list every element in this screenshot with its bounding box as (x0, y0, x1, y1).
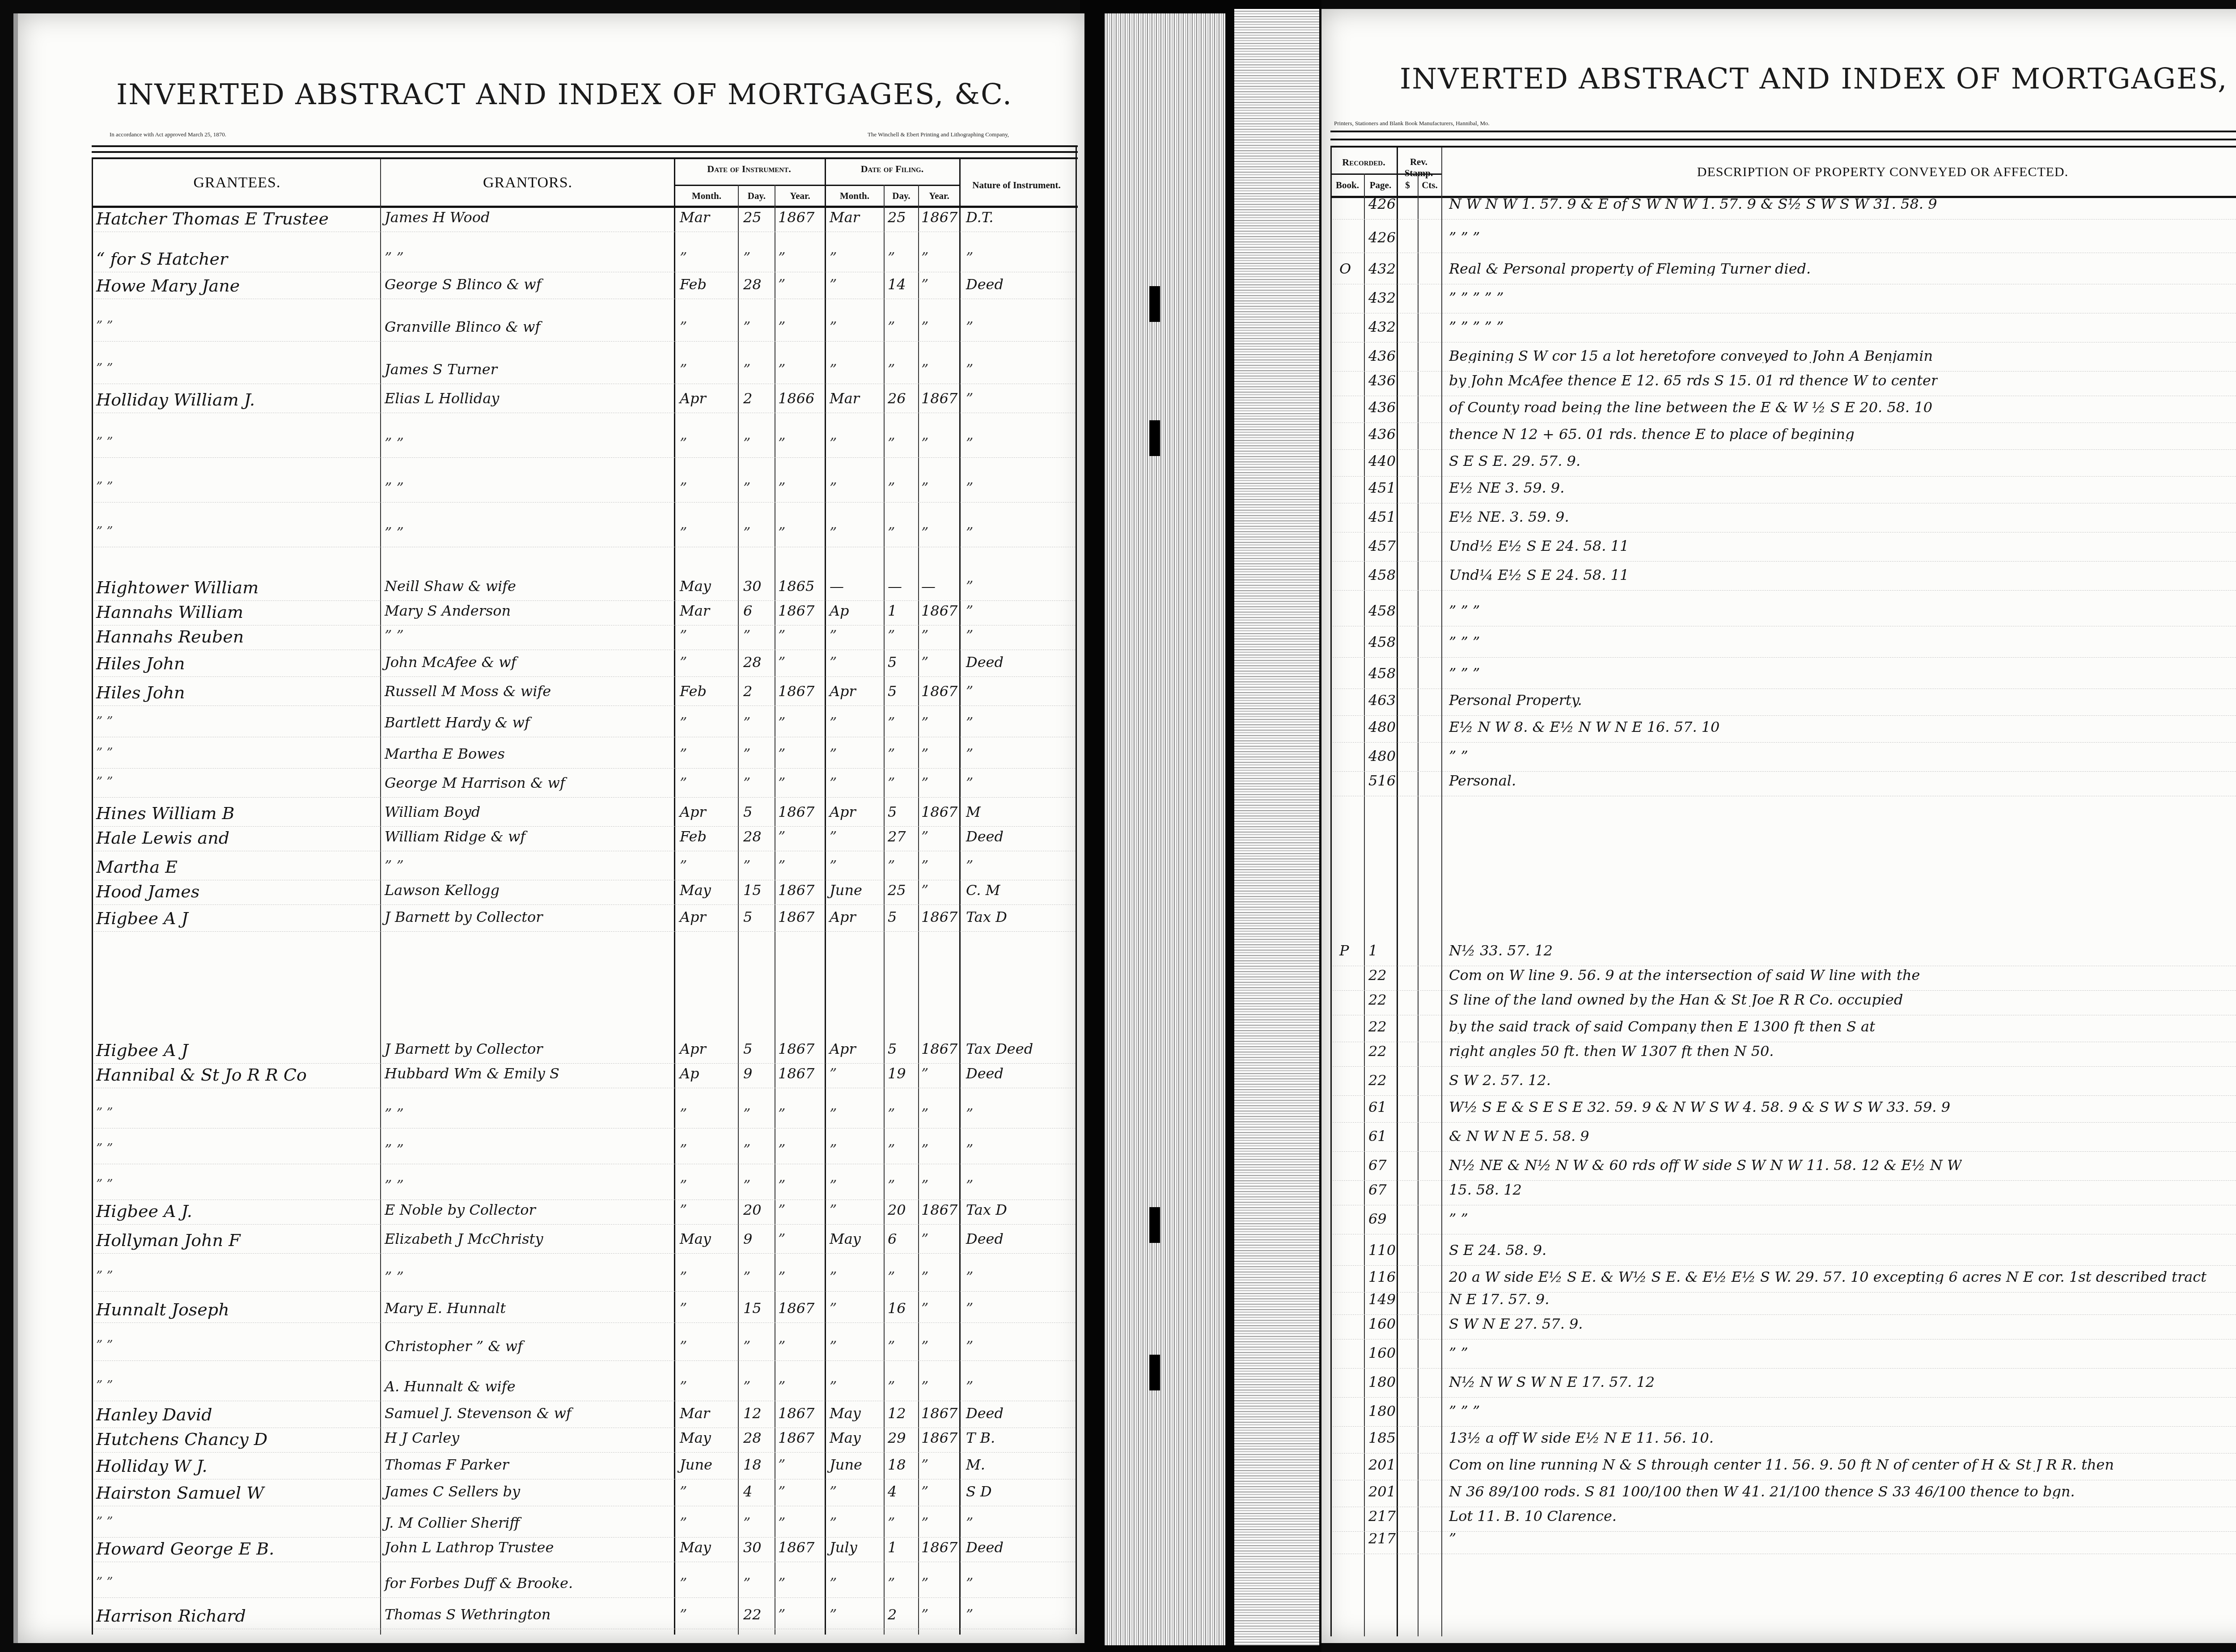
filing-year-cell: ” (921, 1458, 928, 1472)
filing-day-cell: 5 (888, 805, 897, 819)
grantor-cell: ” ” (385, 628, 404, 642)
row-rule (94, 1428, 1076, 1428)
grantor-cell: Bartlett Hardy & wf (385, 715, 530, 730)
row-rule (1333, 253, 2236, 254)
description-cell: ” ” ” (1449, 604, 1480, 618)
grantee-cell: ” ” (96, 1270, 113, 1282)
grantor-cell: Hubbard Wm & Emily S (385, 1066, 559, 1081)
filing-day-cell: ” (888, 1270, 895, 1284)
instrument-year-cell: 1867 (778, 1540, 814, 1555)
filing-year-cell: ” (921, 250, 928, 265)
filing-day-cell: ” (888, 1178, 895, 1192)
instrument-month-cell: ” (680, 1270, 687, 1284)
instrument-day-cell: ” (743, 1107, 750, 1121)
column-divider (1076, 145, 1077, 1634)
page-cell: 22 (1368, 1019, 1387, 1034)
filing-month-cell: ” (830, 525, 837, 540)
instrument-year-cell: ” (778, 715, 785, 730)
filing-day-cell: ” (888, 1379, 895, 1394)
description-cell: N W N W 1. 57. 9 & E of S W N W 1. 57. 9… (1449, 197, 1937, 211)
page-edges-left (1105, 13, 1225, 1645)
row-rule (1333, 313, 2236, 314)
nature-cell: Deed (966, 1406, 1004, 1420)
column-divider (825, 159, 826, 1635)
filing-year-cell: ” (921, 858, 928, 873)
header-rule (1330, 146, 2236, 148)
filing-month-cell: May (830, 1232, 861, 1246)
grantor-cell: James S Turner (385, 362, 497, 376)
instrument-day-cell: 5 (743, 910, 752, 924)
row-rule (1333, 990, 2236, 991)
instrument-month-cell: Mar (680, 1406, 710, 1420)
imprint-printer: The Winchell & Ebert Printing and Lithog… (868, 131, 1009, 138)
instrument-day-cell: ” (743, 1339, 750, 1353)
grantee-cell: Hunnalt Joseph (96, 1301, 229, 1318)
nature-cell: D.T. (966, 210, 994, 224)
grantee-cell: ” ” (96, 1379, 113, 1392)
filing-month-cell: ” (830, 1301, 837, 1315)
description-cell: ” ” (1449, 749, 1468, 763)
binding-tab (1149, 286, 1160, 322)
instrument-month-cell: ” (680, 776, 687, 790)
filing-month-cell: ” (830, 1178, 837, 1192)
filing-month-cell: Apr (830, 684, 856, 698)
row-rule (1333, 590, 2236, 591)
filing-year-cell: 1867 (921, 391, 957, 406)
row-rule (94, 1537, 1076, 1538)
row-rule (94, 676, 1076, 677)
column-divider (1330, 148, 1332, 1636)
col-header-dollars: $ (1397, 180, 1418, 191)
grantor-cell: George M Harrison & wf (385, 776, 565, 790)
nature-cell: ” (966, 1379, 973, 1394)
grantee-cell: Hollyman John F (96, 1232, 241, 1249)
description-cell: ” ” ” (1449, 635, 1480, 649)
filing-month-cell: Apr (830, 910, 856, 924)
instrument-month-cell: ” (680, 1484, 687, 1499)
row-rule (94, 1506, 1076, 1507)
filing-day-cell: 2 (888, 1607, 897, 1622)
instrument-day-cell: ” (743, 1379, 750, 1394)
instrument-day-cell: ” (743, 858, 750, 873)
filing-day-cell: 18 (888, 1458, 906, 1472)
filing-day-cell: 25 (888, 210, 906, 224)
description-cell: by John McAfee thence E 12. 65 rds S 15.… (1449, 373, 1938, 388)
row-rule (1333, 771, 2236, 772)
page-cell: 217 (1368, 1531, 1396, 1546)
row-rule (94, 737, 1076, 738)
nature-cell: ” (966, 1270, 973, 1284)
filing-month-cell: ” (830, 1107, 837, 1121)
nature-cell: ” (966, 1142, 973, 1157)
grantee-cell: Higbee A J (96, 910, 188, 927)
instrument-month-cell: Mar (680, 210, 710, 224)
book-cell: O (1339, 262, 1351, 276)
col-header-grantors: GRANTORS. (382, 174, 673, 191)
column-divider (92, 159, 93, 1635)
instrument-year-cell: 1865 (778, 579, 814, 593)
page-cell: 432 (1368, 262, 1396, 276)
instrument-day-cell: 18 (743, 1458, 762, 1472)
row-rule (94, 232, 1076, 232)
nature-cell: ” (966, 604, 973, 618)
page-cell: 61 (1368, 1100, 1387, 1114)
col-header-cents: Cts. (1419, 180, 1441, 191)
nature-cell: ” (966, 1607, 973, 1622)
instrument-day-cell: 28 (743, 1431, 762, 1445)
filing-month-cell: ” (830, 1576, 837, 1590)
header-rule (1330, 131, 2236, 132)
grantor-cell: John L Lathrop Trustee (385, 1540, 554, 1555)
row-rule (1333, 715, 2236, 716)
filing-year-cell: ” (921, 277, 928, 292)
column-divider (959, 159, 961, 1635)
filing-day-cell: 1 (888, 604, 897, 618)
filing-day-cell: ” (888, 1576, 895, 1590)
left-ledger-page: INVERTED ABSTRACT AND INDEX OF MORTGAGES… (13, 13, 1084, 1643)
instrument-year-cell: ” (778, 1379, 785, 1394)
instrument-day-cell: 28 (743, 277, 762, 292)
instrument-day-cell: 5 (743, 1042, 752, 1056)
filing-year-cell: ” (921, 436, 928, 450)
instrument-day-cell: 28 (743, 829, 762, 844)
nature-cell: Tax D (966, 910, 1007, 924)
instrument-day-cell: 25 (743, 210, 762, 224)
instrument-year-cell: ” (778, 1142, 785, 1157)
filing-year-cell: ” (921, 1232, 928, 1246)
grantor-cell: J. M Collier Sheriff (385, 1516, 520, 1530)
instrument-day-cell: 2 (743, 684, 752, 698)
filing-year-cell: ” (921, 320, 928, 334)
filing-day-cell: 1 (888, 1540, 897, 1555)
description-cell: ” ” ” ” ” (1449, 320, 1503, 334)
filing-day-cell: 19 (888, 1066, 906, 1081)
description-cell: N E 17. 57. 9. (1449, 1292, 1549, 1306)
instrument-month-cell: ” (680, 1142, 687, 1157)
filing-year-cell: ” (921, 1142, 928, 1157)
grantee-cell: Martha E (96, 858, 178, 875)
instrument-day-cell: 5 (743, 805, 752, 819)
row-rule (94, 904, 1076, 905)
instrument-month-cell: May (680, 1232, 711, 1246)
page-cell: 217 (1368, 1509, 1396, 1523)
instrument-year-cell: ” (778, 1607, 785, 1622)
instrument-day-cell: ” (743, 320, 750, 334)
grantor-cell: Russell M Moss & wife (385, 684, 551, 698)
col-header-date-filing: Date of Filing. (825, 163, 959, 175)
description-cell: Real & Personal property of Fleming Turn… (1449, 262, 1811, 276)
instrument-year-cell: 1867 (778, 805, 814, 819)
instrument-month-cell: ” (680, 436, 687, 450)
instrument-year-cell: ” (778, 858, 785, 873)
filing-day-cell: ” (888, 525, 895, 540)
row-rule (94, 600, 1076, 601)
grantee-cell: Hiles John (96, 655, 185, 672)
filing-day-cell: ” (888, 715, 895, 730)
row-rule (1333, 1426, 2236, 1427)
row-rule (94, 1629, 1076, 1630)
filing-month-cell: Apr (830, 1042, 856, 1056)
nature-cell: Tax D (966, 1203, 1007, 1217)
nature-cell: ” (966, 1516, 973, 1530)
nature-cell: S D (966, 1484, 992, 1499)
grantee-cell: Howe Mary Jane (96, 277, 240, 294)
nature-cell: ” (966, 1576, 973, 1590)
description-cell: 13½ a off W side E½ N E 11. 56. 10. (1449, 1431, 1714, 1445)
grantee-cell: Hannibal & St Jo R R Co (96, 1066, 307, 1083)
instrument-day-cell: ” (743, 1576, 750, 1590)
instrument-year-cell: 1866 (778, 391, 814, 406)
nature-cell: ” (966, 715, 973, 730)
grantee-cell: Holliday W J. (96, 1458, 208, 1475)
row-rule (94, 502, 1076, 503)
row-rule (94, 1088, 1076, 1089)
row-rule (1333, 1151, 2236, 1152)
instrument-month-cell: ” (680, 1339, 687, 1353)
instrument-month-cell: ” (680, 715, 687, 730)
grantor-cell: Elizabeth J McChristy (385, 1232, 543, 1246)
page-title: INVERTED ABSTRACT AND INDEX OF MORTGAGES… (1400, 63, 2236, 96)
instrument-day-cell: ” (743, 1178, 750, 1192)
imprint-printer: Printers, Stationers and Blank Book Manu… (1334, 120, 1490, 127)
description-cell: by the said track of said Company then E… (1449, 1019, 1875, 1034)
filing-day-cell: ” (888, 776, 895, 790)
grantee-cell: ” ” (96, 747, 113, 759)
filing-year-cell: ” (921, 715, 928, 730)
filing-month-cell: ” (830, 1142, 837, 1157)
instrument-year-cell: 1867 (778, 1406, 814, 1420)
col-header-grantees: GRANTEES. (94, 174, 380, 191)
description-cell: S W N E 27. 57. 9. (1449, 1317, 1583, 1331)
description-cell: ” ” ” (1449, 666, 1480, 680)
page-cell: 201 (1368, 1458, 1396, 1472)
page-cell: 436 (1368, 427, 1396, 441)
filing-month-cell: ” (830, 362, 837, 376)
filing-year-cell: ” (921, 481, 928, 495)
filing-month-cell: ” (830, 277, 837, 292)
nature-cell: ” (966, 858, 973, 873)
grantor-cell: J Barnett by Collector (385, 910, 543, 924)
filing-month-cell: ” (830, 655, 837, 669)
page-cell: 116 (1368, 1270, 1396, 1284)
grantee-cell: Hanley David (96, 1406, 212, 1423)
instrument-year-cell: 1867 (778, 604, 814, 618)
instrument-day-cell: 12 (743, 1406, 762, 1420)
row-rule (94, 706, 1076, 706)
nature-cell: ” (966, 1107, 973, 1121)
col-header-recorded: Recorded. (1331, 156, 1396, 168)
grantee-cell: Hatcher Thomas E Trustee (96, 210, 329, 227)
instrument-month-cell: ” (680, 1301, 687, 1315)
filing-year-cell: ” (921, 1301, 928, 1315)
description-cell: S E S E. 29. 57. 9. (1449, 454, 1580, 468)
grantee-cell: Holliday William J. (96, 391, 255, 408)
instrument-month-cell: ” (680, 1516, 687, 1530)
row-rule (1333, 284, 2236, 285)
description-cell: 20 a W side E½ S E. & W½ S E. & E½ E½ S … (1449, 1270, 2206, 1284)
grantee-cell: ” ” (96, 1576, 113, 1589)
instrument-year-cell: ” (778, 1107, 785, 1121)
row-rule (94, 1597, 1076, 1598)
instrument-month-cell: May (680, 1540, 711, 1555)
instrument-month-cell: May (680, 579, 711, 593)
filing-day-cell: 16 (888, 1301, 906, 1315)
instrument-year-cell: 1867 (778, 684, 814, 698)
instrument-day-cell: ” (743, 776, 750, 790)
col-header-nature: Nature of Instrument. (961, 180, 1072, 191)
page-cell: 201 (1368, 1484, 1396, 1499)
nature-cell: ” (966, 481, 973, 495)
description-cell: ” ” ” (1449, 230, 1480, 245)
instrument-month-cell: May (680, 1431, 711, 1445)
instrument-year-cell: ” (778, 250, 785, 265)
filing-day-cell: ” (888, 481, 895, 495)
instrument-day-cell: ” (743, 747, 750, 761)
nature-cell: ” (966, 391, 973, 406)
instrument-month-cell: ” (680, 1607, 687, 1622)
instrument-year-cell: ” (778, 1203, 785, 1217)
filing-year-cell: ” (921, 747, 928, 761)
grantor-cell: William Ridge & wf (385, 829, 525, 844)
instrument-year-cell: ” (778, 1516, 785, 1530)
column-divider (775, 185, 775, 1635)
instrument-month-cell: Ap (680, 1066, 699, 1081)
row-rule (94, 1322, 1076, 1323)
row-rule (94, 1224, 1076, 1225)
row-rule (94, 457, 1076, 458)
col-header-inst-day: Day. (739, 190, 775, 202)
row-rule (1333, 1314, 2236, 1315)
description-cell: & N W N E 5. 58. 9 (1449, 1129, 1589, 1143)
instrument-year-cell: ” (778, 1178, 785, 1192)
row-rule (1333, 1180, 2236, 1181)
grantor-cell: James H Wood (385, 210, 490, 224)
filing-month-cell: ” (830, 1516, 837, 1530)
instrument-day-cell: ” (743, 250, 750, 265)
filing-month-cell: ” (830, 829, 837, 844)
filing-year-cell: ” (921, 1107, 928, 1121)
row-rule (1333, 503, 2236, 504)
row-rule (94, 880, 1076, 881)
instrument-month-cell: Apr (680, 1042, 706, 1056)
row-rule (1333, 1554, 2236, 1555)
filing-year-cell: ” (921, 1516, 928, 1530)
instrument-month-cell: ” (680, 1178, 687, 1192)
header-rule (92, 157, 1078, 159)
row-rule (1333, 1265, 2236, 1266)
instrument-year-cell: ” (778, 776, 785, 790)
row-rule (1333, 476, 2236, 477)
header-rule (1330, 139, 2236, 140)
instrument-year-cell: ” (778, 1458, 785, 1472)
instrument-day-cell: ” (743, 1142, 750, 1157)
nature-cell: ” (966, 525, 973, 540)
filing-year-cell: ” (921, 1607, 928, 1622)
book-cell: P (1339, 943, 1349, 958)
grantor-cell: Samuel J. Stevenson & wf (385, 1406, 572, 1420)
page-cell: 458 (1368, 635, 1396, 649)
instrument-year-cell: ” (778, 1339, 785, 1353)
grantee-cell: Hood James (96, 883, 199, 900)
description-cell: S line of the land owned by the Han & St… (1449, 993, 1903, 1007)
grantor-cell: Granville Blinco & wf (385, 320, 540, 334)
instrument-year-cell: 1867 (778, 210, 814, 224)
filing-year-cell: ” (921, 628, 928, 642)
instrument-day-cell: ” (743, 481, 750, 495)
row-rule (1333, 1453, 2236, 1454)
grantee-cell: ” ” (96, 436, 113, 448)
filing-year-cell: 1867 (921, 604, 957, 618)
filing-year-cell: ” (921, 883, 928, 897)
row-rule (1333, 1234, 2236, 1235)
instrument-day-cell: 30 (743, 579, 762, 593)
filing-year-cell: 1867 (921, 684, 957, 698)
header-rule (92, 151, 1078, 153)
page-cell: 22 (1368, 968, 1387, 982)
instrument-month-cell: ” (680, 320, 687, 334)
grantor-cell: H J Carley (385, 1431, 459, 1445)
col-header-inst-month: Month. (675, 190, 738, 202)
grantee-cell: ” ” (96, 1142, 113, 1155)
instrument-year-cell: 1867 (778, 1042, 814, 1056)
nature-cell: ” (966, 579, 973, 593)
filing-year-cell: ” (921, 525, 928, 540)
grantee-cell: ” ” (96, 481, 113, 493)
col-header-filing-year: Year. (919, 190, 959, 202)
instrument-year-cell: ” (778, 277, 785, 292)
col-header-filing-day: Day. (885, 190, 918, 202)
filing-day-cell: — (888, 579, 902, 593)
instrument-year-cell: ” (778, 525, 785, 540)
filing-day-cell: ” (888, 1339, 895, 1353)
grantee-cell: Hightower William (96, 579, 258, 596)
grantee-cell: ” ” (96, 1516, 113, 1528)
row-rule (94, 1200, 1076, 1200)
grantor-cell: ” ” (385, 1142, 404, 1157)
row-rule (94, 851, 1076, 852)
filing-month-cell: — (830, 579, 844, 593)
grantee-cell: Hale Lewis and (96, 829, 229, 846)
page-cell: 451 (1368, 481, 1396, 495)
column-divider (1364, 173, 1365, 1636)
row-rule (1333, 1095, 2236, 1096)
row-rule (94, 1253, 1076, 1254)
column-divider (1418, 173, 1419, 1636)
row-rule (1333, 423, 2236, 423)
page-cell: 463 (1368, 693, 1396, 707)
grantee-cell: Hutchens Chancy D (96, 1431, 267, 1448)
instrument-day-cell: ” (743, 525, 750, 540)
filing-year-cell: 1867 (921, 1431, 957, 1445)
right-ledger-page: INVERTED ABSTRACT AND INDEX OF MORTGAGES… (1321, 9, 2236, 1643)
nature-cell: ” (966, 684, 973, 698)
filing-month-cell: ” (830, 1066, 837, 1081)
binding-tab (1149, 1355, 1160, 1390)
description-cell: right angles 50 ft. then W 1307 ft then … (1449, 1044, 1774, 1058)
description-cell: S W 2. 57. 12. (1449, 1073, 1551, 1087)
instrument-day-cell: 9 (743, 1232, 752, 1246)
instrument-year-cell: 1867 (778, 1431, 814, 1445)
filing-month-cell: ” (830, 1270, 837, 1284)
description-cell: E½ N W 8. & E½ N W N E 16. 57. 10 (1449, 720, 1719, 734)
filing-month-cell: ” (830, 628, 837, 642)
description-cell: 15. 58. 12 (1449, 1183, 1522, 1197)
description-cell: thence N 12 + 65. 01 rds. thence E to pl… (1449, 427, 1855, 441)
instrument-month-cell: Apr (680, 805, 706, 819)
filing-day-cell: 5 (888, 1042, 897, 1056)
page-cell: 149 (1368, 1292, 1396, 1306)
instrument-year-cell: 1867 (778, 883, 814, 897)
